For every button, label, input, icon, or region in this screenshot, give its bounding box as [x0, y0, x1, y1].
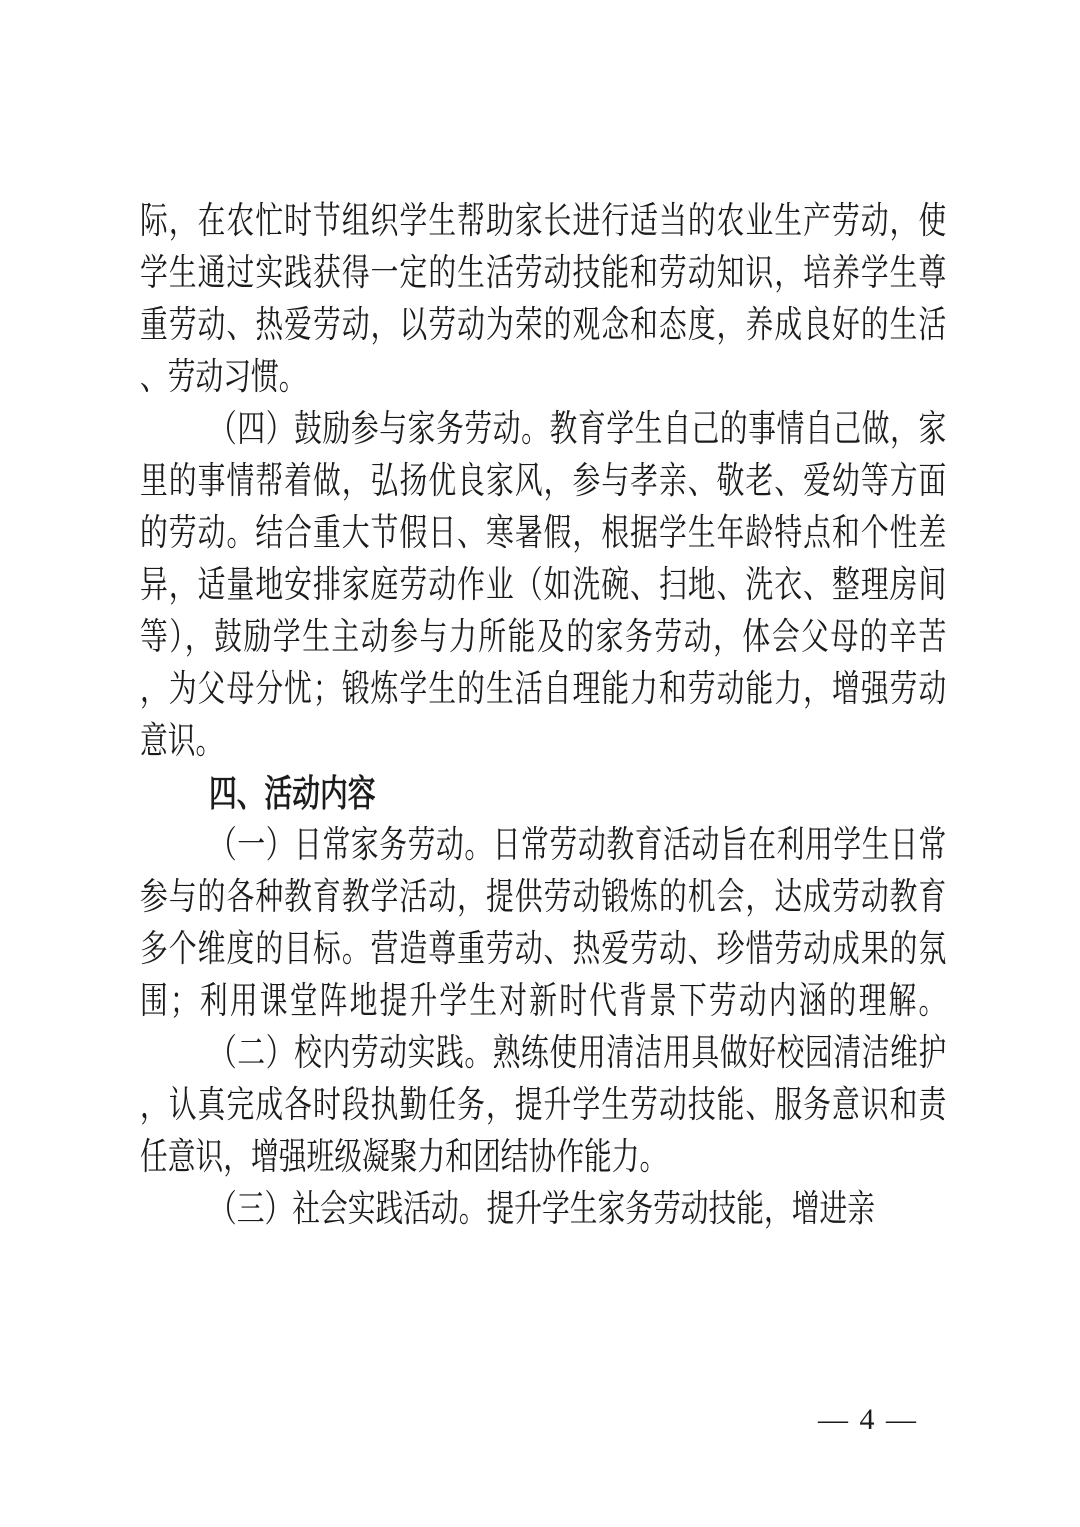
text-line: 任意识，增强班级凝聚力和团结协作能力。	[140, 1132, 946, 1184]
document-page: 际，在农忙时节组织学生帮助家长进行适当的农业生产劳动，使学生通过实践获得一定的生…	[0, 0, 1080, 1527]
page-number: — 4 —	[818, 1403, 918, 1436]
page-footer: — 4 —	[818, 1398, 938, 1442]
text-line: 里的事情帮着做，弘扬优良家风，参与孝亲、敬老、爱幼等方面	[140, 456, 946, 508]
text-line: （一）日常家务劳动。日常劳动教育活动旨在利用学生日常	[140, 820, 946, 872]
text-line: 围；利用课堂阵地提升学生对新时代背景下劳动内涵的理解。	[140, 976, 946, 1028]
text-line: 意识。	[140, 716, 946, 768]
text-line: 、劳动习惯。	[140, 352, 946, 404]
text-line: 异，适量地安排家庭劳动作业（如洗碗、扫地、洗衣、整理房间	[140, 560, 946, 612]
text-line: 学生通过实践获得一定的生活劳动技能和劳动知识，培养学生尊	[140, 248, 946, 300]
text-line: （四）鼓励参与家务劳动。教育学生自己的事情自己做，家	[140, 404, 946, 456]
text-line: （三）社会实践活动。提升学生家务劳动技能，增进亲	[140, 1184, 946, 1236]
text-line: 重劳动、热爱劳动，以劳动为荣的观念和态度，养成良好的生活	[140, 300, 946, 352]
text-line: ，为父母分忧；锻炼学生的生活自理能力和劳动能力，增强劳动	[140, 664, 946, 716]
text-line: 四、活动内容	[140, 768, 946, 820]
text-line: （二）校内劳动实践。熟练使用清洁用具做好校园清洁维护	[140, 1028, 946, 1080]
document-lines: 际，在农忙时节组织学生帮助家长进行适当的农业生产劳动，使学生通过实践获得一定的生…	[140, 196, 946, 1236]
text-line: 等），鼓励学生主动参与力所能及的家务劳动，体会父母的辛苦	[140, 612, 946, 664]
text-line: 参与的各种教育教学活动，提供劳动锻炼的机会，达成劳动教育	[140, 872, 946, 924]
text-line: 的劳动。结合重大节假日、寒暑假，根据学生年龄特点和个性差	[140, 508, 946, 560]
text-line: 多个维度的目标。营造尊重劳动、热爱劳动、珍惜劳动成果的氛	[140, 924, 946, 976]
text-line: ，认真完成各时段执勤任务，提升学生劳动技能、服务意识和责	[140, 1080, 946, 1132]
text-line: 际，在农忙时节组织学生帮助家长进行适当的农业生产劳动，使	[140, 196, 946, 248]
